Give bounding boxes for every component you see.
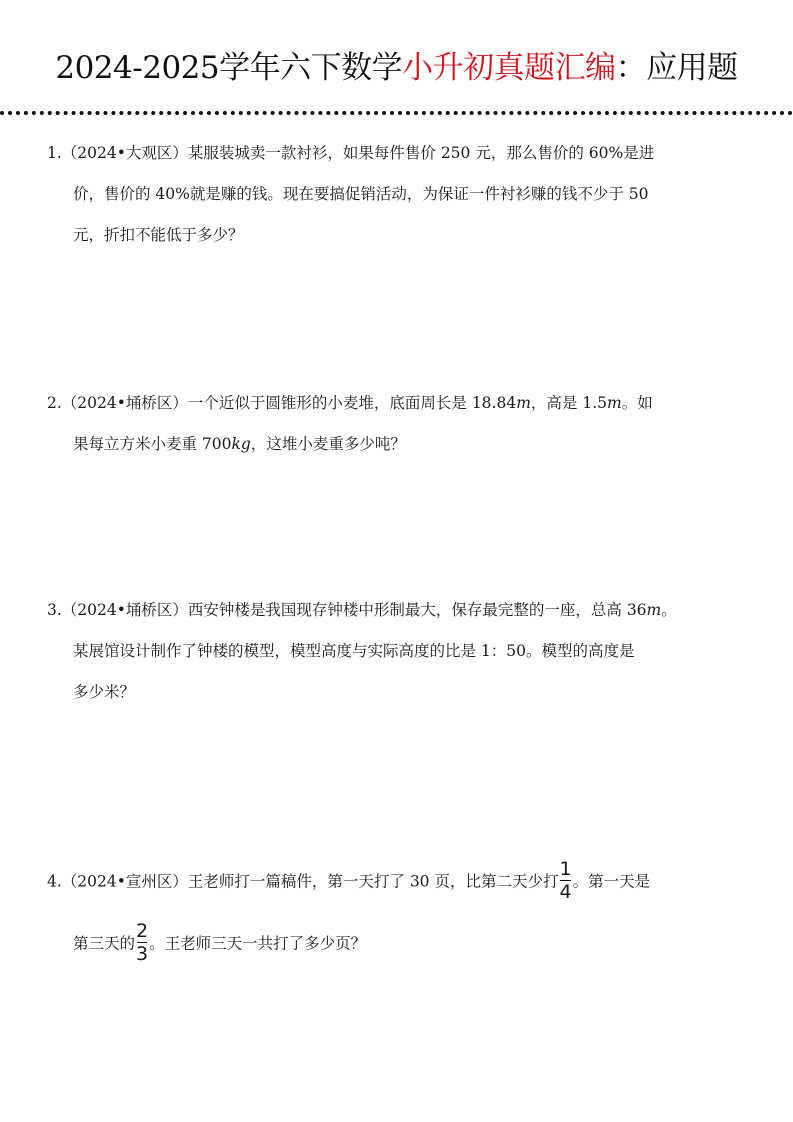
question-text: 。 (661, 601, 677, 619)
question-line: 多少米？ (73, 680, 135, 704)
question-text: 。第一天是 (573, 873, 651, 891)
question-line: 价，售价的 40%就是赚的钱。现在要搞促销活动，为保证一件衬衫赚的钱不少于 50 (73, 182, 649, 206)
fraction-numerator: 1 (559, 858, 571, 880)
question-text: 元，折扣不能低于多少？ (73, 226, 244, 244)
question-text: 某展馆设计制作了钟楼的模型，模型高度与实际高度的比是 1：50。模型的高度是 (73, 642, 635, 660)
question-text: （2024•埇桥区）西安钟楼是我国现存钟楼中形制最大，保存最完整的一座，总高 3… (62, 601, 647, 619)
question-line: 某展馆设计制作了钟楼的模型，模型高度与实际高度的比是 1：50。模型的高度是 (73, 639, 635, 663)
question-line: 第三天的23。王老师三天一共打了多少页？ (73, 922, 366, 946)
question-text: （2024•埇桥区）一个近似于圆锥形的小麦堆，底面周长是 18.84 (62, 394, 516, 412)
unit-label: m (607, 394, 622, 412)
question-line: 4.（2024•宣州区）王老师打一篇稿件，第一天打了 30 页，比第二天少打14… (47, 860, 650, 884)
fraction-denominator: 4 (559, 881, 571, 903)
question-line: 元，折扣不能低于多少？ (73, 223, 244, 247)
title-prefix: 2024-2025学年六下数学 (55, 50, 402, 86)
question-text: 价，售价的 40%就是赚的钱。现在要搞促销活动，为保证一件衬衫赚的钱不少于 50 (73, 185, 649, 203)
question-line: 果每立方米小麦重 700kg，这堆小麦重多少吨？ (73, 432, 406, 456)
question-line: 3.（2024•埇桥区）西安钟楼是我国现存钟楼中形制最大，保存最完整的一座，总高… (47, 598, 677, 622)
fraction-one-quarter: 14 (559, 858, 571, 903)
question-number: 1. (47, 144, 62, 162)
question-text: （2024•宣州区）王老师打一篇稿件，第一天打了 30 页，比第二天少打 (62, 873, 559, 891)
question-text: ，高是 1.5 (531, 394, 607, 412)
title-highlight: 小升初真题汇编 (402, 50, 616, 86)
unit-label: m (516, 394, 531, 412)
dotted-divider (0, 111, 793, 115)
fraction-numerator: 2 (136, 920, 148, 942)
question-text: 。王老师三天一共打了多少页？ (149, 935, 366, 953)
question-number: 4. (47, 873, 62, 891)
question-number: 2. (47, 394, 62, 412)
title-suffix: ：应用题 (616, 50, 738, 86)
unit-label: kg (232, 435, 251, 453)
question-text: （2024•大观区）某服装城卖一款衬衫，如果每件售价 250 元，那么售价的 6… (62, 144, 654, 162)
question-text: 。如 (622, 394, 653, 412)
question-text: ，这堆小麦重多少吨？ (251, 435, 406, 453)
unit-label: m (647, 601, 662, 619)
question-number: 3. (47, 601, 62, 619)
question-text: 多少米？ (73, 683, 135, 701)
question-line: 2.（2024•埇桥区）一个近似于圆锥形的小麦堆，底面周长是 18.84m，高是… (47, 391, 653, 415)
fraction-denominator: 3 (136, 943, 148, 965)
question-text: 第三天的 (73, 935, 135, 953)
fraction-two-thirds: 23 (136, 920, 148, 965)
page-title: 2024-2025学年六下数学小升初真题汇编：应用题 (0, 48, 793, 88)
question-text: 果每立方米小麦重 700 (73, 435, 232, 453)
question-line: 1.（2024•大观区）某服装城卖一款衬衫，如果每件售价 250 元，那么售价的… (47, 141, 654, 165)
